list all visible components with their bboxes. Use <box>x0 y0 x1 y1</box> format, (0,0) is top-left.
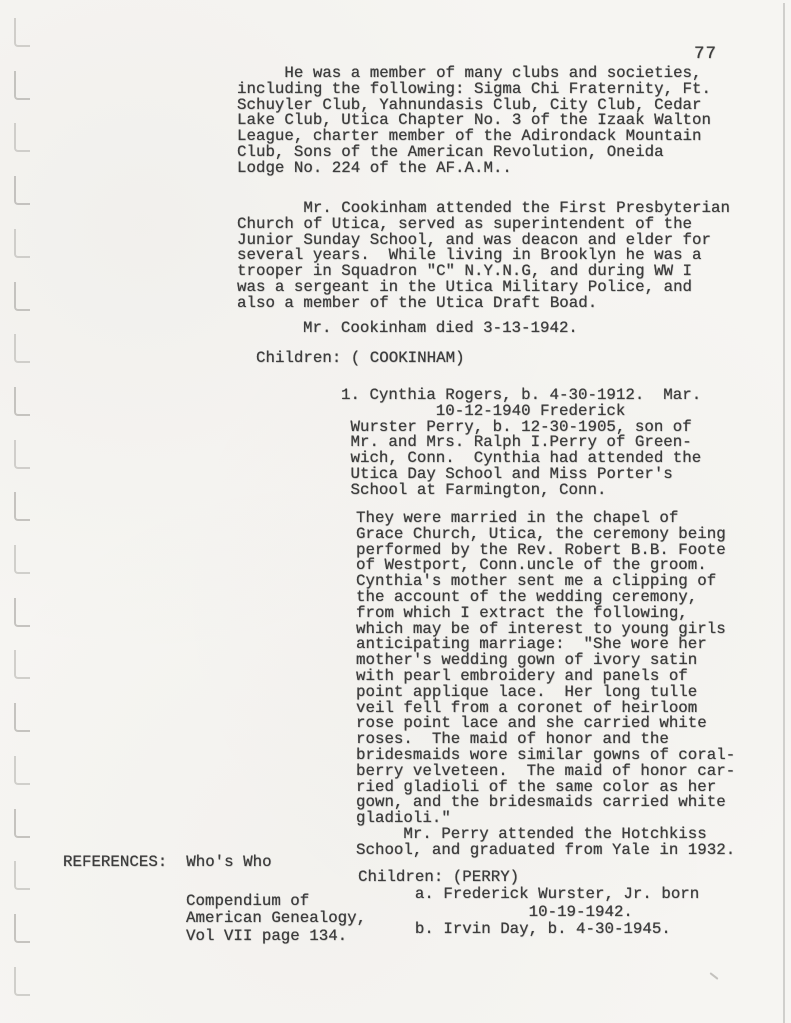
line-died: Mr. Cookinham died 3-13-1942. <box>303 321 578 337</box>
references-label: REFERENCES: Who's Who <box>63 855 272 871</box>
scanned-document-page: 77 He was a member of many clubs and soc… <box>0 0 791 1023</box>
page-edge-shadow-line <box>783 3 785 1023</box>
binding-hole-mark <box>14 861 30 890</box>
binding-hole-mark <box>14 18 30 47</box>
binding-hole-mark <box>14 914 30 943</box>
children-cookinham-heading: Children: ( COOKINHAM) <box>256 351 465 367</box>
page-number: 77 <box>694 46 717 64</box>
binding-hole-mark <box>14 492 30 521</box>
binding-hole-mark <box>14 282 30 311</box>
binding-hole-mark <box>14 598 30 627</box>
paragraph-wedding: They were married in the chapel of Grace… <box>356 511 735 859</box>
pencil-smudge <box>709 972 718 980</box>
children-perry-list: Children: (PERRY) a. Frederick Wurster, … <box>358 869 699 938</box>
binding-hole-mark <box>14 334 30 363</box>
binding-hole-mark <box>14 703 30 732</box>
binding-hole-mark <box>14 71 30 100</box>
binding-hole-mark <box>14 809 30 838</box>
binding-hole-mark <box>14 229 30 258</box>
binding-hole-mark <box>14 387 30 416</box>
binding-hole-mark <box>14 967 30 996</box>
references-list: Compendium of American Genealogy, Vol VI… <box>186 893 366 945</box>
paragraph-church: Mr. Cookinham attended the First Presbyt… <box>237 201 730 312</box>
binding-hole-mark <box>14 123 30 152</box>
binding-hole-mark <box>14 440 30 469</box>
paragraph-clubs: He was a member of many clubs and societ… <box>237 66 711 177</box>
binding-hole-mark <box>14 176 30 205</box>
entry-cynthia: 1. Cynthia Rogers, b. 4-30-1912. Mar. 10… <box>341 388 701 499</box>
binding-hole-mark <box>14 756 30 785</box>
binding-hole-mark <box>14 545 30 574</box>
binding-hole-mark <box>14 650 30 679</box>
